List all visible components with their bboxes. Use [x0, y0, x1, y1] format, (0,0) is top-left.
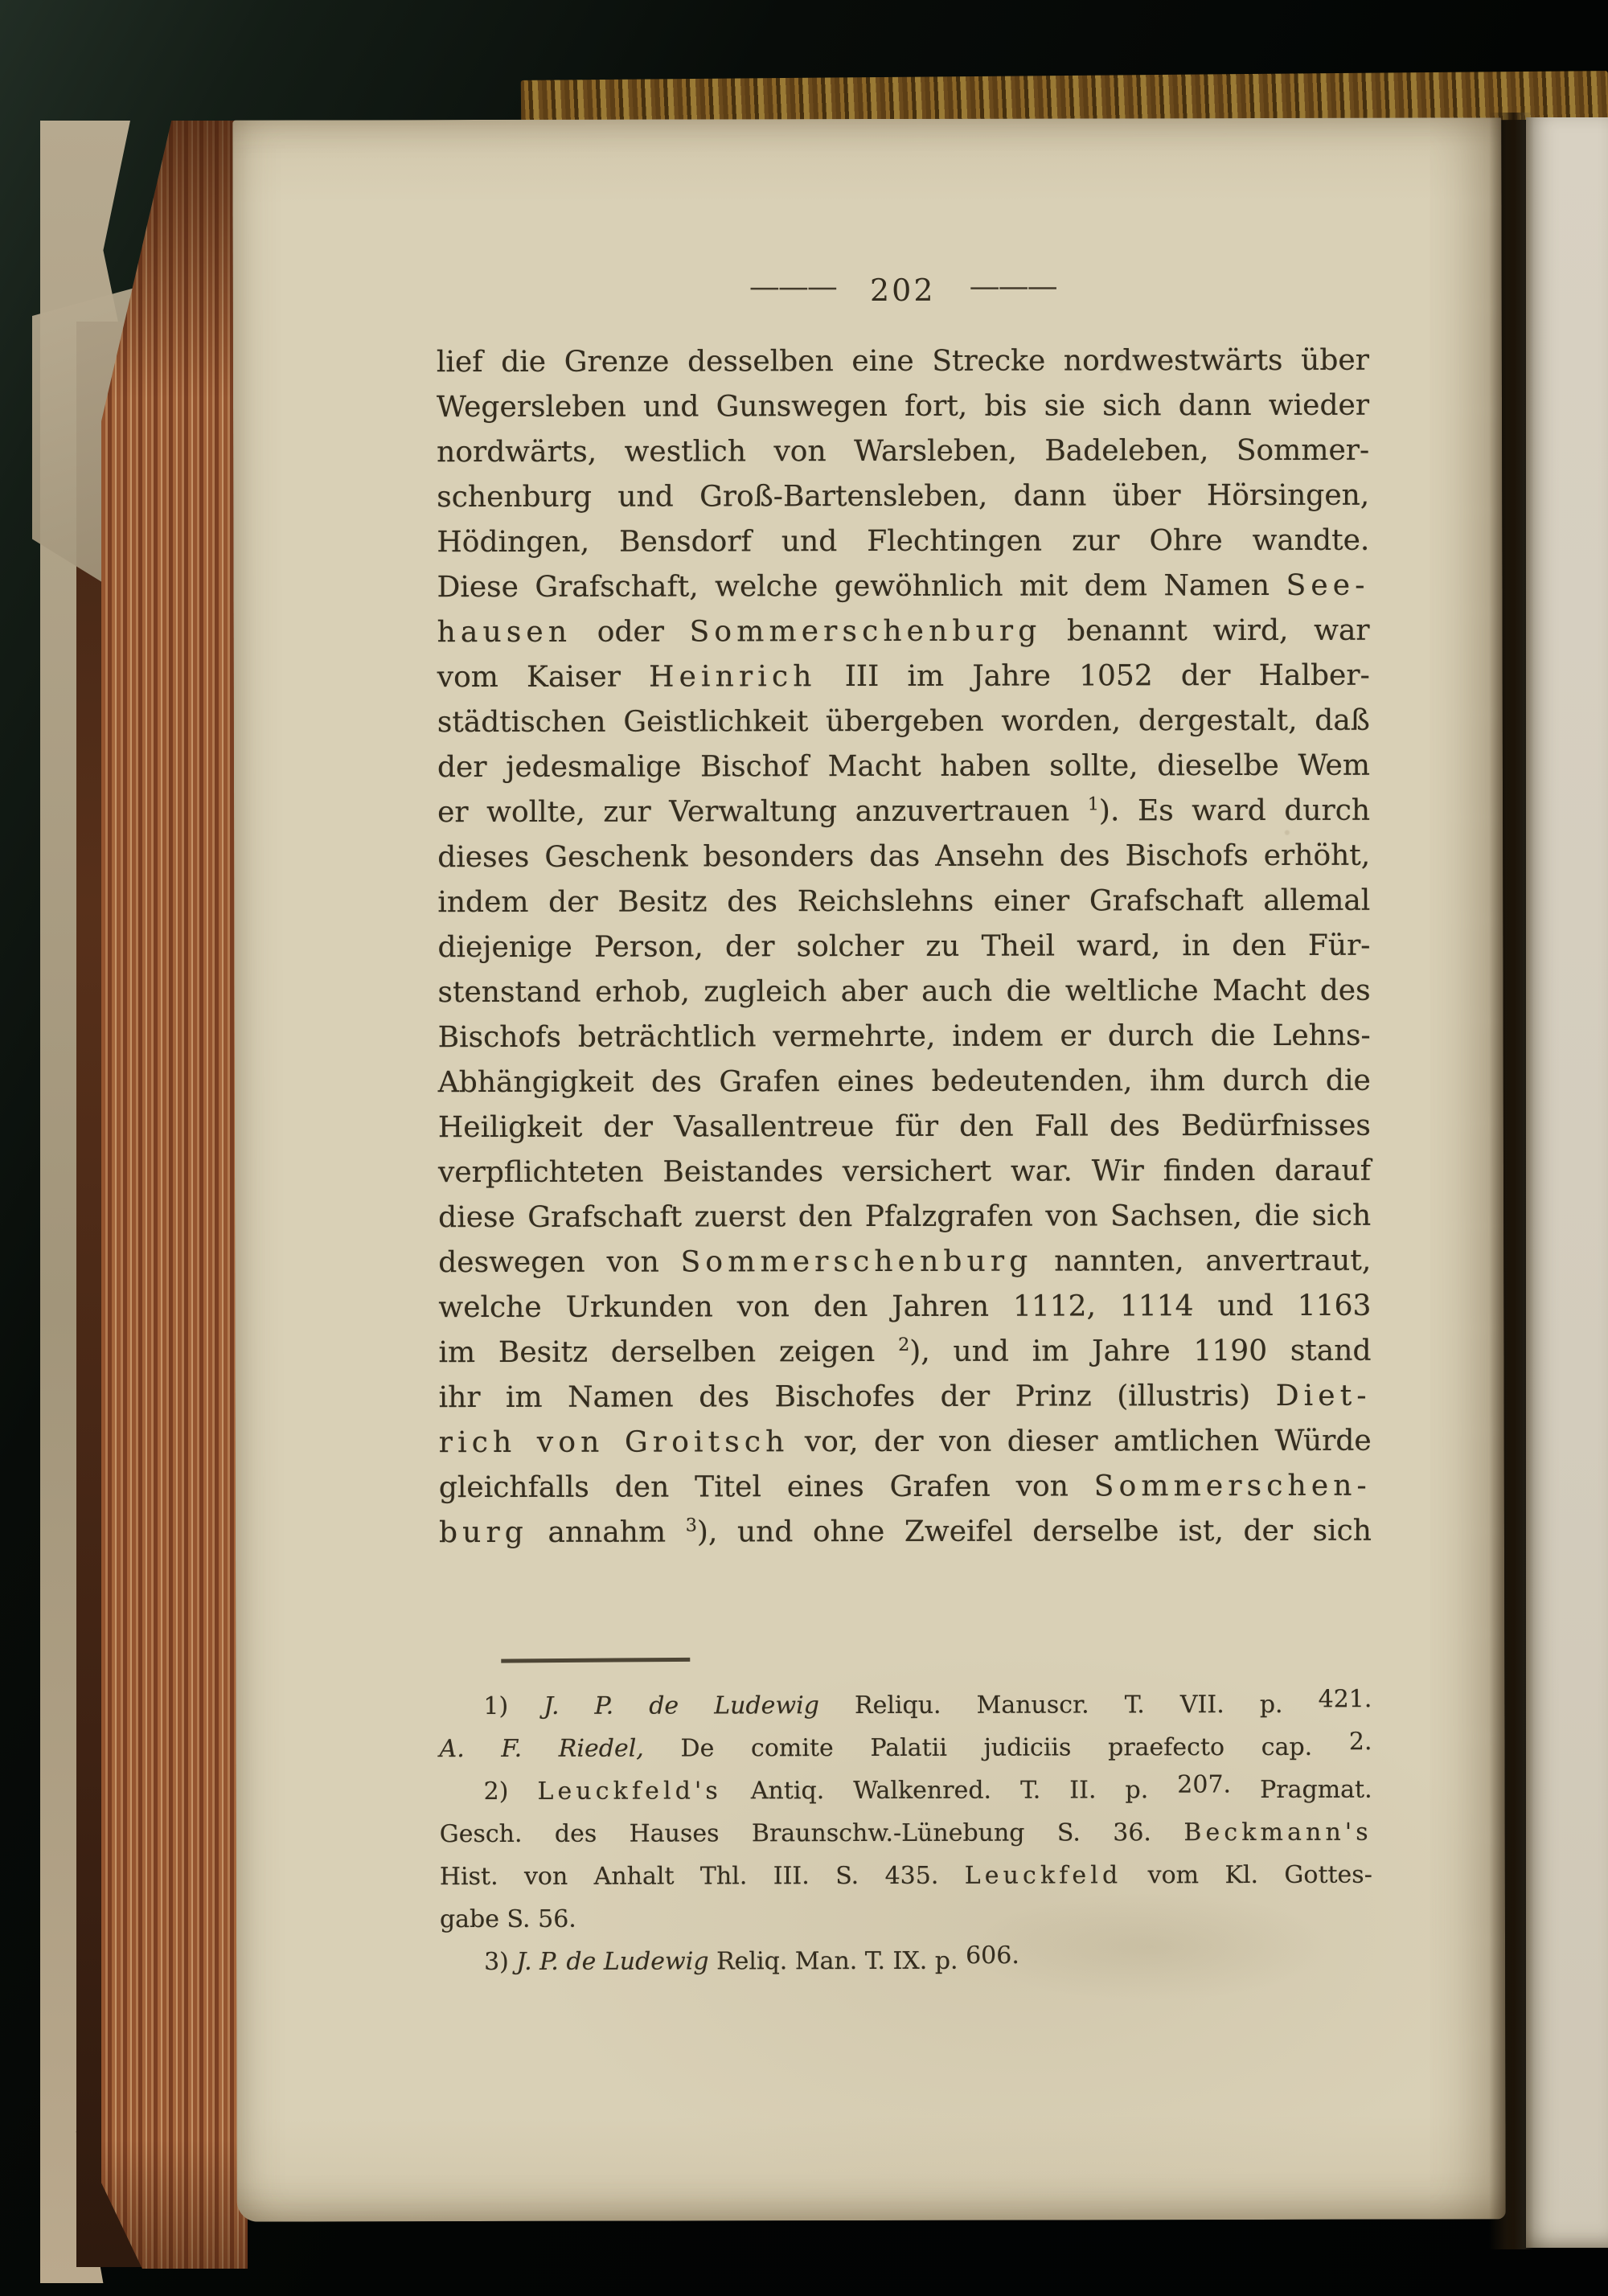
text-segment: stenstand erhob, zugleich aber auch die … [437, 974, 1370, 1009]
text-segment: Bischofs beträchtlich vermehrte, indem e… [438, 1019, 1371, 1054]
body-line: ihr im Namen des Bischofes der Prinz (il… [439, 1374, 1372, 1421]
text-segment-sperr: Leuckfeld [965, 1861, 1122, 1889]
text-segment-raise: 2. [1349, 1728, 1372, 1756]
text-segment-sperr: Leuckfeld's [537, 1777, 721, 1805]
header-rule-left: ——— [749, 269, 836, 304]
body-line: welche Urkunden von den Jahren 1112, 111… [438, 1284, 1371, 1330]
text-segment: er wollte, zur Verwaltung anzuvertrauen [437, 794, 1088, 829]
text-segment: im Besitz derselben zeigen [438, 1335, 898, 1369]
text-segment: vom Kl. Gottes- [1122, 1861, 1372, 1890]
body-line: diejenige Person, der solcher zu Theil w… [437, 924, 1370, 970]
body-line: dieses Geschenk besonders das Ansehn des… [437, 834, 1370, 880]
text-segment-sup: 2 [898, 1335, 909, 1355]
text-segment: Reliq. Man. T. IX. p. [708, 1947, 966, 1976]
body-line: er wollte, zur Verwaltung anzuvertrauen … [437, 789, 1370, 835]
body-line: der jedesmalige Bischof Macht haben soll… [437, 744, 1370, 790]
footnote-line: 2) Leuckfeld's Antiq. Walkenred. T. II. … [440, 1769, 1372, 1813]
text-segment: ), und ohne Zweifel derselbe ist, der si… [697, 1515, 1372, 1549]
text-segment: nordwärts, westlich von Warsleben, Badel… [437, 434, 1369, 469]
text-segment: benannt wird, war [1041, 614, 1369, 648]
text-segment-sperr: Diet- [1276, 1380, 1372, 1412]
text-segment-sperr: burg [439, 1516, 528, 1549]
body-line: indem der Besitz des Reichslehns einer G… [437, 879, 1370, 925]
text-segment-raise: 606. [966, 1941, 1019, 1970]
text-segment: oder [572, 615, 690, 648]
text-segment: gabe S. 56. [440, 1905, 576, 1933]
body-line: Bischofs beträchtlich vermehrte, indem e… [438, 1014, 1371, 1060]
text-segment: ). Es ward durch [1099, 794, 1370, 828]
text-segment: vor, der von dieser amtlichen Würde [789, 1425, 1371, 1459]
text-segment-it: A. F. Riedel, [439, 1735, 643, 1764]
text-segment-sup: 1 [1088, 793, 1099, 814]
text-segment: deswegen von [438, 1245, 680, 1279]
text-segment: städtischen Geistlichkeit übergeben word… [437, 704, 1370, 739]
text-segment-raise: 421. [1319, 1685, 1372, 1713]
text-segment: 2) [484, 1777, 538, 1806]
text-segment: ), und im Jahre 1190 stand [909, 1335, 1371, 1368]
text-segment-sperr: See- [1286, 569, 1370, 602]
text-segment: Gesch. des Hauses Braunschw.-Lünebung S.… [440, 1818, 1184, 1848]
text-segment: ihr im Namen des Bischofes der Prinz (il… [439, 1380, 1276, 1414]
text-segment-sup: 3 [686, 1515, 697, 1535]
body-line: lief die Grenze desselben eine Strecke n… [437, 338, 1369, 385]
footnote-line: 1) J. P. de Ludewig Reliqu. Manuscr. T. … [439, 1683, 1372, 1728]
body-line: diese Grafschaft zuerst den Pfalzgrafen … [438, 1194, 1371, 1240]
body-line: schenburg und Groß-Bartensleben, dann üb… [437, 474, 1369, 520]
text-segment-sperr: Beckmann's [1183, 1818, 1372, 1847]
footnotes: 1) J. P. de Ludewig Reliqu. Manuscr. T. … [439, 1683, 1372, 1983]
text-segment-sperr: rich von Groitsch [439, 1425, 790, 1459]
page-header: ——— 202 ——— [437, 263, 1369, 310]
text-segment: III im Jahre 1052 der Halber- [816, 659, 1369, 693]
footnote-line: 3) J. P. de Ludewig Reliq. Man. T. IX. p… [440, 1939, 1372, 1983]
book-gutter [1489, 113, 1534, 2249]
text-segment: dieses Geschenk besonders das Ansehn des… [437, 839, 1370, 874]
text-segment-sperr: Sommerschenburg [681, 1245, 1033, 1279]
text-segment-raise: 207. [1177, 1770, 1231, 1798]
text-segment: 1) [483, 1692, 544, 1720]
body-line: hausen oder Sommerschenburg benannt wird… [437, 609, 1370, 655]
body-line: Wegersleben und Gunswegen fort, bis sie … [437, 383, 1369, 430]
body-line: verpflichteten Beistandes versichert war… [438, 1149, 1371, 1195]
body-line: rich von Groitsch vor, der von dieser am… [439, 1419, 1372, 1466]
footnote-line: Gesch. des Hauses Braunschw.-Lünebung S.… [440, 1811, 1372, 1855]
text-segment: der jedesmalige Bischof Macht haben soll… [437, 749, 1370, 784]
footnote-line: A. F. Riedel, De comite Palatii judiciis… [439, 1726, 1372, 1770]
header-rule-right: ——— [970, 269, 1056, 304]
text-segment: Reliqu. Manuscr. T. VII. p. [819, 1691, 1319, 1720]
text-segment: nannten, anvertraut, [1032, 1244, 1371, 1278]
body-line: vom Kaiser Heinrich III im Jahre 1052 de… [437, 654, 1370, 700]
body-line: Hödingen, Bensdorf und Flechtingen zur O… [437, 519, 1369, 565]
text-segment: Abhängigkeit des Grafen eines bedeutende… [438, 1064, 1371, 1099]
footnote-line: Hist. von Anhalt Thl. III. S. 435. Leuck… [440, 1854, 1372, 1898]
text-segment: Diese Grafschaft, welche gewöhnlich mit … [437, 569, 1286, 604]
scanned-book-page: ——— 202 ——— lief die Grenze desselben ei… [0, 0, 1608, 2296]
body-line: im Besitz derselben zeigen 2), und im Ja… [438, 1329, 1371, 1376]
footnote-line: gabe S. 56. [440, 1896, 1372, 1941]
text-segment-it: J. P. de Ludewig [544, 1691, 819, 1720]
body-line: nordwärts, westlich von Warsleben, Badel… [437, 428, 1369, 475]
text-segment: welche Urkunden von den Jahren 1112, 111… [438, 1289, 1371, 1324]
text-segment-it: J. P. de Ludewig [516, 1947, 708, 1976]
text-segment: Pragmat. [1231, 1776, 1372, 1804]
text-segment: vom Kaiser [437, 661, 649, 695]
text-segment-sperr: Sommerschenburg [690, 615, 1042, 649]
text-segment: schenburg und Groß-Bartensleben, dann üb… [437, 479, 1369, 514]
body-line: Heiligkeit der Vasallentreue für den Fal… [438, 1104, 1371, 1150]
text-segment: Hist. von Anhalt Thl. III. S. 435. [440, 1862, 965, 1891]
text-segment: De comite Palatii judiciis praefecto cap… [644, 1733, 1349, 1763]
text-segment: diese Grafschaft zuerst den Pfalzgrafen … [438, 1199, 1371, 1234]
text-segment: diejenige Person, der solcher zu Theil w… [437, 929, 1370, 964]
book-page: ——— 202 ——— lief die Grenze desselben ei… [232, 117, 1505, 2221]
page-number: 202 [870, 272, 936, 307]
body-line: deswegen von Sommerschenburg nannten, an… [438, 1239, 1371, 1285]
body-line: Diese Grafschaft, welche gewöhnlich mit … [437, 564, 1369, 610]
text-segment-sperr: Sommerschen- [1094, 1470, 1372, 1503]
text-segment: verpflichteten Beistandes versichert war… [438, 1154, 1371, 1189]
footnote-separator [501, 1658, 690, 1663]
text-segment: annahm [528, 1515, 686, 1548]
text-segment: indem der Besitz des Reichslehns einer G… [437, 884, 1370, 919]
body-line: burg annahm 3), und ohne Zweifel derselb… [439, 1509, 1372, 1556]
text-segment-sperr: Heinrich [649, 660, 817, 693]
body-line: stenstand erhob, zugleich aber auch die … [437, 969, 1370, 1015]
text-segment: gleichfalls den Titel eines Grafen von [439, 1470, 1094, 1504]
body-line: städtischen Geistlichkeit übergeben word… [437, 699, 1370, 745]
body-line: Abhängigkeit des Grafen eines bedeutende… [438, 1059, 1371, 1105]
text-segment: Antiq. Walkenred. T. II. p. [722, 1776, 1178, 1805]
text-segment: 3) [484, 1948, 516, 1976]
text-segment-sperr: hausen [437, 616, 572, 649]
body-text: lief die Grenze desselben eine Strecke n… [437, 338, 1372, 1556]
adjacent-page-edge [1526, 117, 1608, 2248]
text-segment: Hödingen, Bensdorf und Flechtingen zur O… [437, 524, 1369, 559]
text-segment: lief die Grenze desselben eine Strecke n… [437, 344, 1369, 379]
body-line: gleichfalls den Titel eines Grafen von S… [439, 1464, 1372, 1511]
book-page-stack-edge [101, 121, 248, 2269]
text-segment: Heiligkeit der Vasallentreue für den Fal… [438, 1109, 1371, 1144]
text-segment: Wegersleben und Gunswegen fort, bis sie … [437, 389, 1369, 424]
